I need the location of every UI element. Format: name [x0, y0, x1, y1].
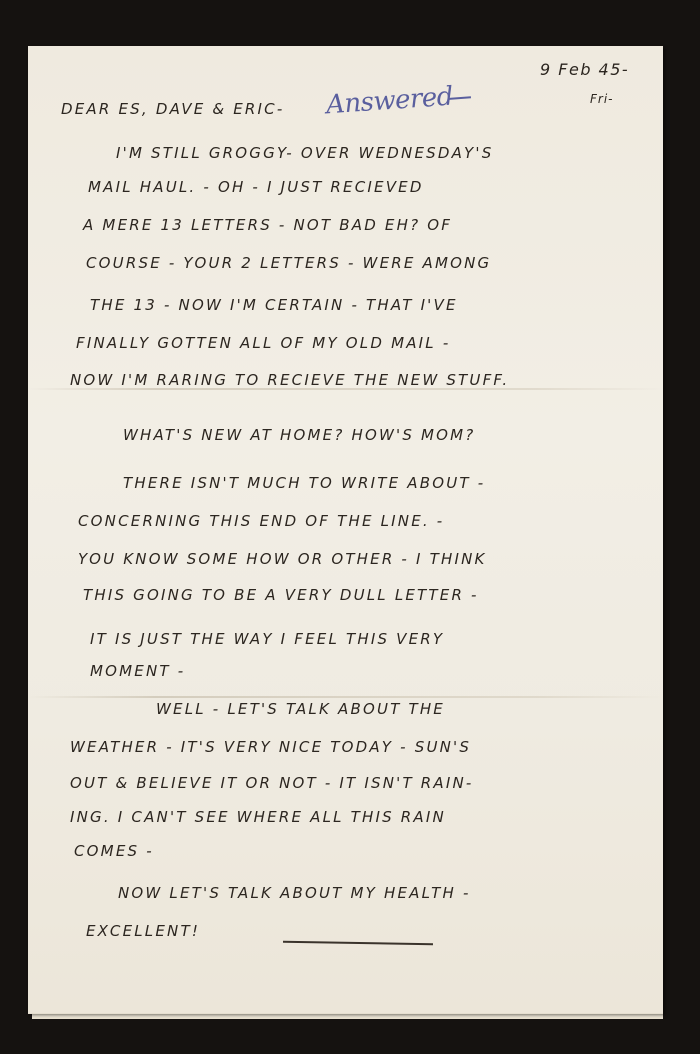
letter-day: Fri- [590, 92, 614, 106]
letter-line: comes - [74, 842, 154, 860]
letter-line: a mere 13 letters - Not bad eh? Of [83, 216, 452, 234]
letter-line: this going to be a very dull letter - [83, 586, 479, 604]
letter-line: Excellent! [86, 922, 200, 940]
letter-date: 9 Feb 45- [540, 60, 629, 79]
letter-line: finally gotten all of my old mail - [76, 334, 450, 352]
letter-line: moment - [90, 662, 185, 680]
letter-line: Now I'm raring to recieve the new stuff. [70, 371, 509, 389]
letter-line: out & believe it or not - it isn't rain- [70, 774, 474, 792]
letter-line: Now let's talk about my health - [118, 884, 471, 902]
letter-line: the 13 - Now I'm certain - that I've [90, 296, 458, 314]
letter-page: 9 Feb 45- Fri- Answered Dear Es, Dave & … [28, 46, 663, 1013]
letter-line: What's new at home? How's Mom? [123, 426, 475, 444]
ink-underline [283, 941, 433, 945]
letter-line: ing. I can't see where all this rain [70, 808, 446, 826]
letter-line: Well - let's talk about the [156, 700, 445, 718]
letter-line: weather - It's very nice today - sun's [70, 738, 471, 756]
paper-fold [28, 696, 663, 698]
letter-line: mail haul. - Oh - I just recieved [88, 178, 424, 196]
answered-annotation: Answered [325, 82, 454, 121]
salutation: Dear Es, Dave & Eric- [61, 100, 284, 118]
letter-line: There isn't much to write about - [123, 474, 485, 492]
letter-line: course - your 2 letters - were among [86, 254, 491, 272]
letter-line: concerning this end of the line. - [78, 512, 444, 530]
letter-line: It is just the way I feel this very [90, 630, 444, 648]
letter-line: I'm still groggy- over Wednesday's [116, 144, 493, 162]
letter-line: You know some how or other - I think [78, 550, 487, 568]
